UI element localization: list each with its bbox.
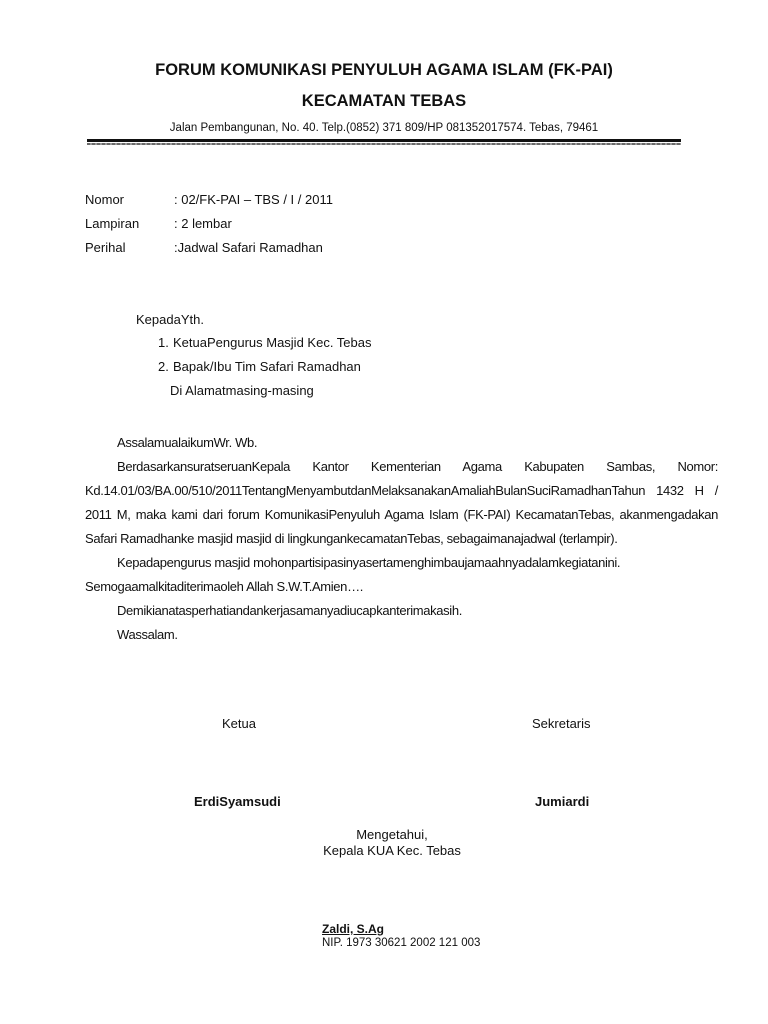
body-closing: Demikianatasperhatiandankerjasamanyadiuc… bbox=[85, 599, 718, 623]
meta-value: : 2 lembar bbox=[174, 216, 232, 231]
recipient-salutation: KepadaYth. bbox=[136, 312, 204, 327]
letterhead-divider-thick bbox=[87, 139, 681, 142]
letterhead-divider-thin bbox=[87, 143, 681, 145]
meta-label: Lampiran bbox=[85, 216, 139, 231]
letterhead-subtitle: KECAMATAN TEBAS bbox=[0, 92, 768, 111]
letterhead-title: FORUM KOMUNIKASI PENYULUH AGAMA ISLAM (F… bbox=[0, 61, 768, 80]
meta-label: Nomor bbox=[85, 192, 124, 207]
acknowledgement-title: Kepala KUA Kec. Tebas bbox=[300, 843, 484, 858]
recipient-item: KetuaPengurus Masjid Kec. Tebas bbox=[173, 335, 372, 350]
body-paragraph-2-line-1: Kepadapengurus masjid mohonpartisipasiny… bbox=[85, 551, 718, 575]
meta-label: Perihal bbox=[85, 240, 125, 255]
letterhead-address: Jalan Pembangunan, No. 40. Telp.(0852) 3… bbox=[0, 122, 768, 134]
meta-value: : 02/FK-PAI – TBS / I / 2011 bbox=[174, 192, 333, 207]
body-paragraph-2-line-2: Semogaamalkitaditerimaoleh Allah S.W.T.A… bbox=[85, 575, 718, 599]
signature-chair-role: Ketua bbox=[222, 716, 256, 731]
signature-secretary-name: Jumiardi bbox=[535, 794, 589, 809]
acknowledgement-nip: NIP. 1973 30621 2002 121 003 bbox=[322, 937, 480, 949]
body-greeting: AssalamualaikumWr. Wb. bbox=[85, 431, 718, 455]
letter-page: FORUM KOMUNIKASI PENYULUH AGAMA ISLAM (F… bbox=[0, 0, 768, 1024]
recipient-item-number: 2. bbox=[158, 359, 169, 374]
body-paragraph-1: BerdasarkansuratseruanKepala Kantor Keme… bbox=[85, 455, 718, 551]
body-farewell: Wassalam. bbox=[85, 623, 718, 647]
recipient-item: Bapak/Ibu Tim Safari Ramadhan bbox=[173, 359, 361, 374]
signature-chair-name: ErdiSyamsudi bbox=[194, 794, 281, 809]
letter-body: AssalamualaikumWr. Wb. Berdasarkansurats… bbox=[85, 431, 718, 647]
recipient-location: Di Alamatmasing-masing bbox=[170, 383, 314, 398]
meta-value: :Jadwal Safari Ramadhan bbox=[174, 240, 323, 255]
acknowledgement-name: Zaldi, S.Ag bbox=[322, 922, 384, 936]
signature-secretary-role: Sekretaris bbox=[532, 716, 591, 731]
acknowledgement-label: Mengetahui, bbox=[300, 827, 484, 842]
recipient-item-number: 1. bbox=[158, 335, 169, 350]
